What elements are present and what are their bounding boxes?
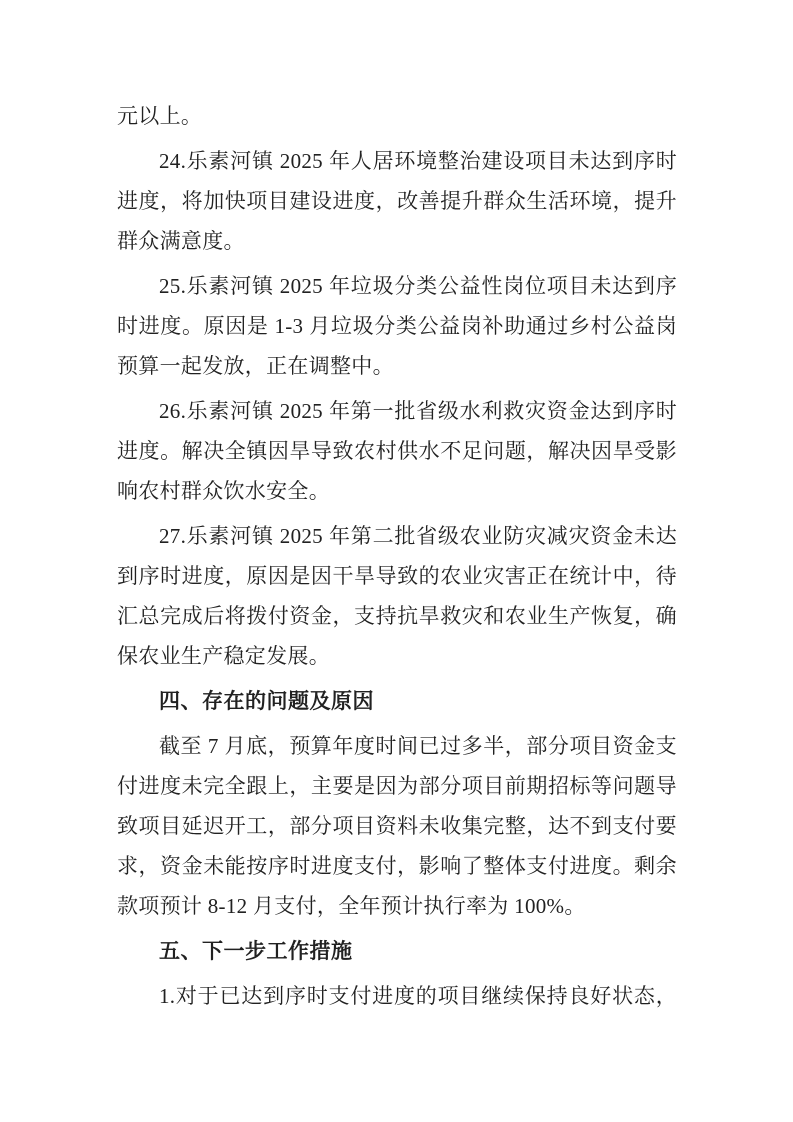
text-line: 25.乐素河镇 2025 年垃圾分类公益性岗位项目未达到序 <box>117 266 677 306</box>
paragraph: 25.乐素河镇 2025 年垃圾分类公益性岗位项目未达到序时进度。原因是 1-3… <box>117 266 677 386</box>
paragraph: 27.乐素河镇 2025 年第二批省级农业防灾减灾资金未达到序时进度，原因是因干… <box>117 516 677 676</box>
text-line: 1.对于已达到序时支付进度的项目继续保持良好状态， <box>117 976 677 1016</box>
paragraph: 元以上。 <box>117 96 677 136</box>
paragraph: 24.乐素河镇 2025 年人居环境整治建设项目未达到序时进度，将加快项目建设进… <box>117 141 677 261</box>
text-line: 24.乐素河镇 2025 年人居环境整治建设项目未达到序时 <box>117 141 677 181</box>
text-line: 款项预计 8-12 月支付，全年预计执行率为 100%。 <box>117 886 677 926</box>
text-line: 时进度。原因是 1-3 月垃圾分类公益岗补助通过乡村公益岗 <box>117 306 677 346</box>
section-heading: 五、下一步工作措施 <box>117 931 677 971</box>
text-line: 进度。解决全镇因旱导致农村供水不足问题，解决因旱受影 <box>117 431 677 471</box>
text-line: 截至 7 月底，预算年度时间已过多半，部分项目资金支 <box>117 726 677 766</box>
text-line: 27.乐素河镇 2025 年第二批省级农业防灾减灾资金未达 <box>117 516 677 556</box>
text-line: 26.乐素河镇 2025 年第一批省级水利救灾资金达到序时 <box>117 391 677 431</box>
text-line: 进度，将加快项目建设进度，改善提升群众生活环境，提升 <box>117 181 677 221</box>
text-line: 汇总完成后将拨付资金，支持抗旱救灾和农业生产恢复，确 <box>117 596 677 636</box>
text-line: 四、存在的问题及原因 <box>117 681 677 721</box>
text-line: 保农业生产稳定发展。 <box>117 636 677 676</box>
text-line: 群众满意度。 <box>117 221 677 261</box>
text-line: 到序时进度，原因是因干旱导致的农业灾害正在统计中，待 <box>117 556 677 596</box>
paragraph: 截至 7 月底，预算年度时间已过多半，部分项目资金支付进度未完全跟上，主要是因为… <box>117 726 677 926</box>
text-line: 元以上。 <box>117 96 677 136</box>
text-line: 致项目延迟开工，部分项目资料未收集完整，达不到支付要 <box>117 806 677 846</box>
text-line: 预算一起发放，正在调整中。 <box>117 346 677 386</box>
text-line: 响农村群众饮水安全。 <box>117 471 677 511</box>
section-heading: 四、存在的问题及原因 <box>117 681 677 721</box>
paragraph: 1.对于已达到序时支付进度的项目继续保持良好状态， <box>117 976 677 1016</box>
text-line: 五、下一步工作措施 <box>117 931 677 971</box>
text-line: 付进度未完全跟上，主要是因为部分项目前期招标等问题导 <box>117 766 677 806</box>
document-content: 元以上。24.乐素河镇 2025 年人居环境整治建设项目未达到序时进度，将加快项… <box>117 96 677 1016</box>
paragraph: 26.乐素河镇 2025 年第一批省级水利救灾资金达到序时进度。解决全镇因旱导致… <box>117 391 677 511</box>
document-page: 元以上。24.乐素河镇 2025 年人居环境整治建设项目未达到序时进度，将加快项… <box>0 0 793 1122</box>
text-line: 求，资金未能按序时进度支付，影响了整体支付进度。剩余 <box>117 846 677 886</box>
